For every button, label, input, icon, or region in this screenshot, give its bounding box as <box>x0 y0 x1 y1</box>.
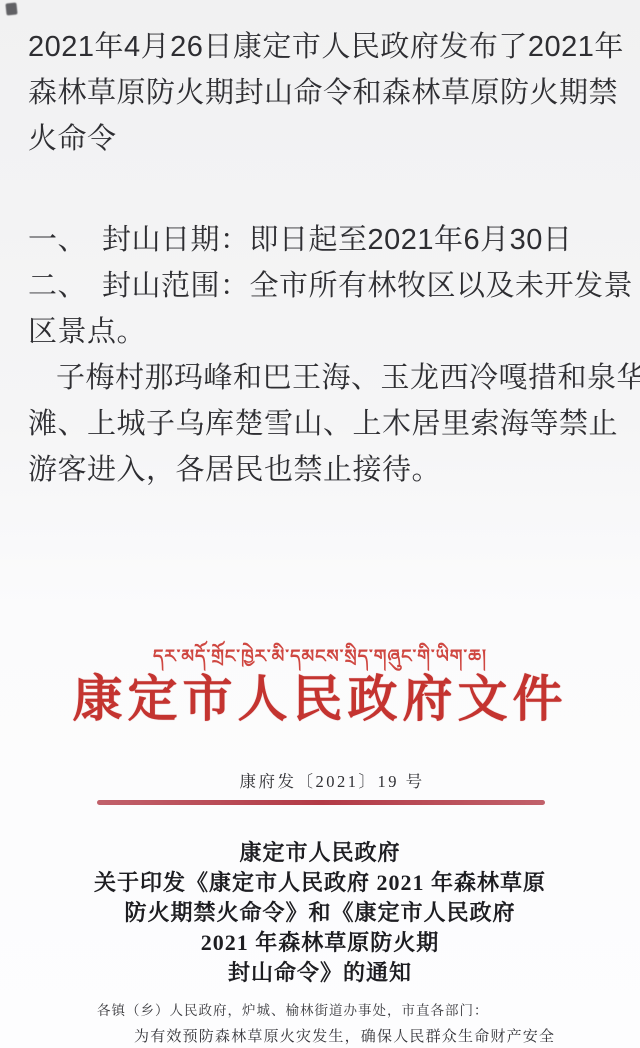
intro-line: 2021年4月26日康定市人民政府发布了2021年 <box>28 24 616 70</box>
notice-title-line: 康定市人民政府 <box>0 838 640 868</box>
body-opening-line: 为有效预防森林草原火灾发生，确保人民群众生命财产安全 <box>134 1026 555 1048</box>
article-page: 2021年4月26日康定市人民政府发布了2021年 森林草原防火期封山命令和森林… <box>0 0 640 1048</box>
intro-line: 滩、上城子乌库楚雪山、上木居里索海等禁止 <box>28 401 616 447</box>
intro-line: 子梅村那玛峰和巴王海、玉龙西冷嘎措和泉华 <box>28 355 616 401</box>
intro-line-closure-scope: 二、 封山范围：全市所有林牧区以及未开发景 <box>28 263 616 309</box>
intro-paragraph-areas: 子梅村那玛峰和巴王海、玉龙西冷嘎措和泉华 滩、上城子乌库楚雪山、上木居里索海等禁… <box>28 355 616 493</box>
notice-title-line: 防火期禁火命令》和《康定市人民政府 <box>0 898 640 928</box>
document-number: 康府发〔2021〕19 号 <box>12 770 640 794</box>
recipients-line: 各镇（乡）人民政府，炉城、榆林街道办事处，市直各部门： <box>97 1000 489 1021</box>
intro-line: 游客进入，各居民也禁止接待。 <box>28 447 616 493</box>
intro-line: 区景点。 <box>28 309 616 355</box>
intro-line: 森林草原防火期封山命令和森林草原防火期禁 <box>28 70 616 116</box>
corner-artifact <box>5 2 17 15</box>
notice-title-line: 封山命令》的通知 <box>0 958 640 988</box>
notice-title-line: 2021 年森林草原防火期 <box>0 928 640 958</box>
red-divider-rule <box>97 800 545 805</box>
notice-title-line: 关于印发《康定市人民政府 2021 年森林草原 <box>0 868 640 898</box>
intro-paragraph-rules: 一、 封山日期：即日起至2021年6月30日 二、 封山范围：全市所有林牧区以及… <box>28 217 616 355</box>
notice-title: 康定市人民政府 关于印发《康定市人民政府 2021 年森林草原 防火期禁火命令》… <box>0 838 640 988</box>
intro-section: 2021年4月26日康定市人民政府发布了2021年 森林草原防火期封山命令和森林… <box>28 24 616 493</box>
agency-banner-title: 康定市人民政府文件 <box>0 668 640 730</box>
intro-line: 火命令 <box>28 116 616 162</box>
intro-paragraph-announcement: 2021年4月26日康定市人民政府发布了2021年 森林草原防火期封山命令和森林… <box>28 24 616 162</box>
tibetan-header-text: དར་མདོ་གྲོང་ཁྱེར་མི་དམངས་སྲིད་གཞུང་གི་ཡི… <box>0 643 640 669</box>
intro-line-closure-date: 一、 封山日期：即日起至2021年6月30日 <box>28 217 616 263</box>
